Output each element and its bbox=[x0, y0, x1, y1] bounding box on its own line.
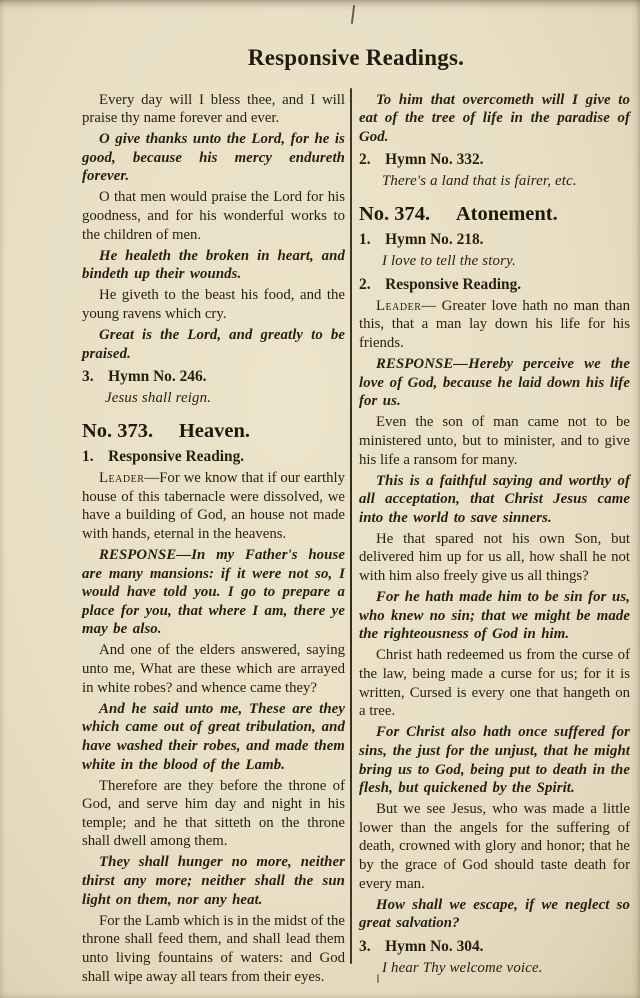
hymn-heading: 3.Hymn No. 246. bbox=[82, 368, 345, 387]
leader-text-paragraph: For the Lamb which is in the midst of th… bbox=[82, 912, 345, 986]
item-number: 1. bbox=[82, 448, 94, 465]
leader-label: Leader bbox=[376, 298, 421, 314]
hymn-first-line: There's a land that is fairer, etc. bbox=[359, 172, 630, 191]
item-label: Hymn No. 218. bbox=[385, 231, 483, 248]
response-paragraph: RESPONSE—In my Father's house are many m… bbox=[82, 546, 345, 639]
leader-text-paragraph: O that men would praise the Lord for his… bbox=[82, 188, 345, 244]
leader-paragraph: Leader—For we know that if our earthly h… bbox=[82, 469, 345, 543]
stray-ink-mark-bottom bbox=[377, 974, 379, 983]
item-number: 3. bbox=[82, 368, 94, 385]
leader-text-paragraph: Even the son of man came not to be minis… bbox=[359, 413, 630, 469]
hymn-heading: 2.Hymn No. 332. bbox=[359, 151, 630, 170]
response-paragraph: He healeth the broken in heart, and bind… bbox=[82, 247, 345, 284]
item-label: Hymn No. 246. bbox=[108, 368, 206, 385]
response-paragraph: For Christ also hath once suffered for s… bbox=[359, 723, 630, 797]
leader-text-paragraph: And one of the elders answered, saying u… bbox=[82, 641, 345, 697]
stray-ink-mark-top bbox=[351, 5, 355, 24]
page-title: Responsive Readings. bbox=[82, 45, 630, 71]
section-title: Atonement. bbox=[456, 202, 558, 226]
item-number: 2. bbox=[359, 151, 371, 168]
item-label: Responsive Reading. bbox=[385, 276, 521, 293]
hymn-first-line: I hear Thy welcome voice. bbox=[359, 959, 630, 978]
scanned-hymnal-page: Responsive Readings. Every day will I bl… bbox=[0, 0, 640, 998]
response-paragraph: And he said unto me, These are they whic… bbox=[82, 700, 345, 774]
responsive-reading-subheading: 1.Responsive Reading. bbox=[82, 448, 345, 467]
responsive-reading-subheading: 2.Responsive Reading. bbox=[359, 276, 630, 295]
leader-text-paragraph: Every day will I bless thee, and I will … bbox=[82, 91, 345, 128]
column-right: To him that overcometh will I give to ea… bbox=[359, 88, 630, 981]
section-heading: No. 373.Heaven. bbox=[82, 419, 345, 443]
leader-text-paragraph: Therefore are they before the throne of … bbox=[82, 777, 345, 851]
hymn-first-line: I love to tell the story. bbox=[359, 252, 630, 271]
leader-text-paragraph: But we see Jesus, who was made a little … bbox=[359, 800, 630, 893]
leader-label: Leader bbox=[99, 470, 144, 486]
leader-text-paragraph: He that spared not his own Son, but deli… bbox=[359, 530, 630, 586]
response-paragraph: They shall hunger no more, neither thirs… bbox=[82, 853, 345, 909]
response-paragraph: Great is the Lord, and greatly to be pra… bbox=[82, 326, 345, 363]
section-number: No. 374. bbox=[359, 202, 430, 226]
hymn-heading: 3.Hymn No. 304. bbox=[359, 938, 630, 957]
item-label: Hymn No. 304. bbox=[385, 938, 483, 955]
section-heading: No. 374.Atonement. bbox=[359, 202, 630, 226]
column-divider-rule bbox=[350, 88, 352, 964]
item-number: 1. bbox=[359, 231, 371, 248]
response-paragraph: O give thanks unto the Lord, for he is g… bbox=[82, 130, 345, 186]
response-paragraph: This is a faithful saying and worthy of … bbox=[359, 472, 630, 528]
leader-text-paragraph: He giveth to the beast his food, and the… bbox=[82, 286, 345, 323]
item-label: Hymn No. 332. bbox=[385, 151, 483, 168]
column-left: Every day will I bless thee, and I will … bbox=[82, 88, 345, 989]
two-column-text-area: Every day will I bless thee, and I will … bbox=[82, 88, 630, 992]
section-number: No. 373. bbox=[82, 419, 153, 443]
response-paragraph: How shall we escape, if we neglect so gr… bbox=[359, 896, 630, 933]
item-number: 2. bbox=[359, 276, 371, 293]
leader-text-paragraph: Christ hath redeemed us from the curse o… bbox=[359, 646, 630, 720]
hymn-heading: 1.Hymn No. 218. bbox=[359, 231, 630, 250]
response-paragraph: RESPONSE—Hereby perceive we the love of … bbox=[359, 355, 630, 411]
leader-paragraph: Leader— Greater love hath no man than th… bbox=[359, 297, 630, 353]
response-paragraph: To him that overcometh will I give to ea… bbox=[359, 91, 630, 147]
item-number: 3. bbox=[359, 938, 371, 955]
item-label: Responsive Reading. bbox=[108, 448, 244, 465]
hymn-first-line: Jesus shall reign. bbox=[82, 389, 345, 408]
section-title: Heaven. bbox=[179, 419, 250, 443]
response-paragraph: For he hath made him to be sin for us, w… bbox=[359, 588, 630, 644]
